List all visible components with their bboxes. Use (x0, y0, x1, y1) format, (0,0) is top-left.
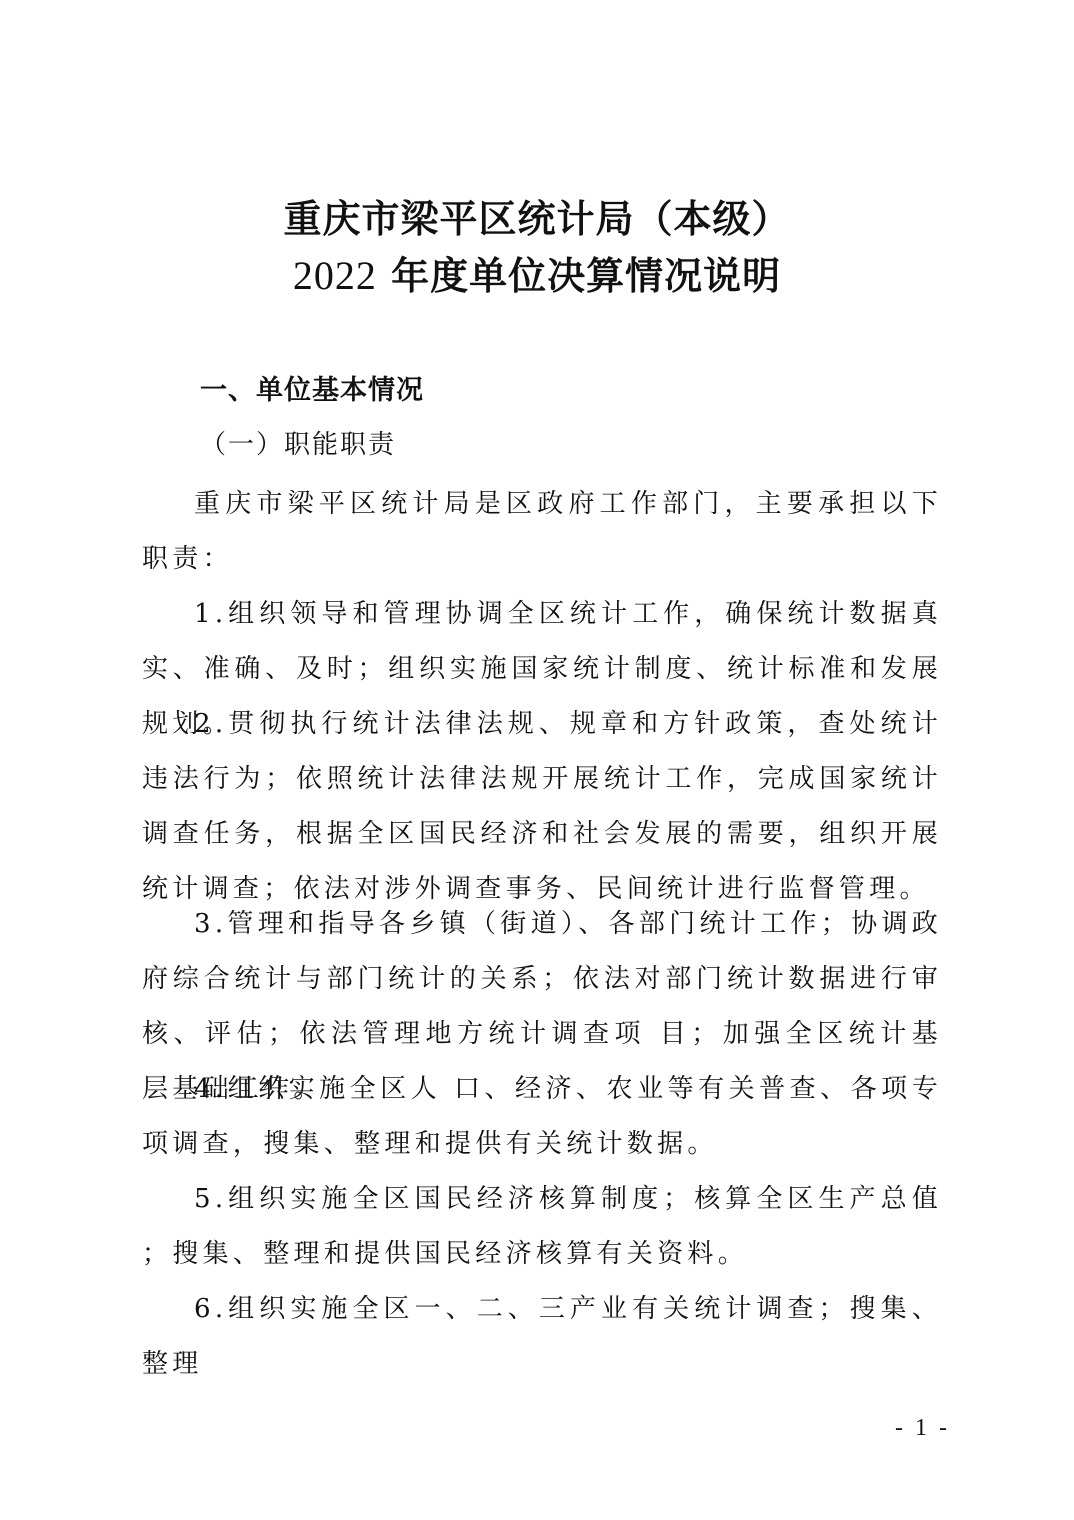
paragraph-intro: 重庆市梁平区统计局是区政府工作部门，主要承担以下职责： (142, 477, 942, 587)
paragraph-item-2: 2.贯彻执行统计法律法规、规章和方针政策，查处统计违法行为；依照统计法律法规开展… (142, 697, 942, 917)
paragraph-item-6: 6.组织实施全区一、二、三产业有关统计调查；搜集、整理 (142, 1282, 942, 1392)
document-title-line1: 重庆市梁平区统计局（本级） (0, 200, 1074, 238)
section-heading: 一、单位基本情况 (200, 368, 424, 407)
document-title-line2: 2022 年度单位决算情况说明 (0, 256, 1074, 296)
page-number: - 1 - (895, 1415, 950, 1442)
title-year: 2022 (293, 253, 377, 298)
title-rest: 年度单位决算情况说明 (377, 254, 781, 298)
subsection-heading: （一）职能职责 (200, 424, 396, 461)
paragraph-item-5: 5.组织实施全区国民经济核算制度；核算全区生产总值 ；搜集、整理和提供国民经济核… (142, 1172, 942, 1282)
paragraph-item-4: 4.组织实施全区人 口、经济、农业等有关普查、各项专项调查，搜集、整理和提供有关… (142, 1062, 942, 1172)
